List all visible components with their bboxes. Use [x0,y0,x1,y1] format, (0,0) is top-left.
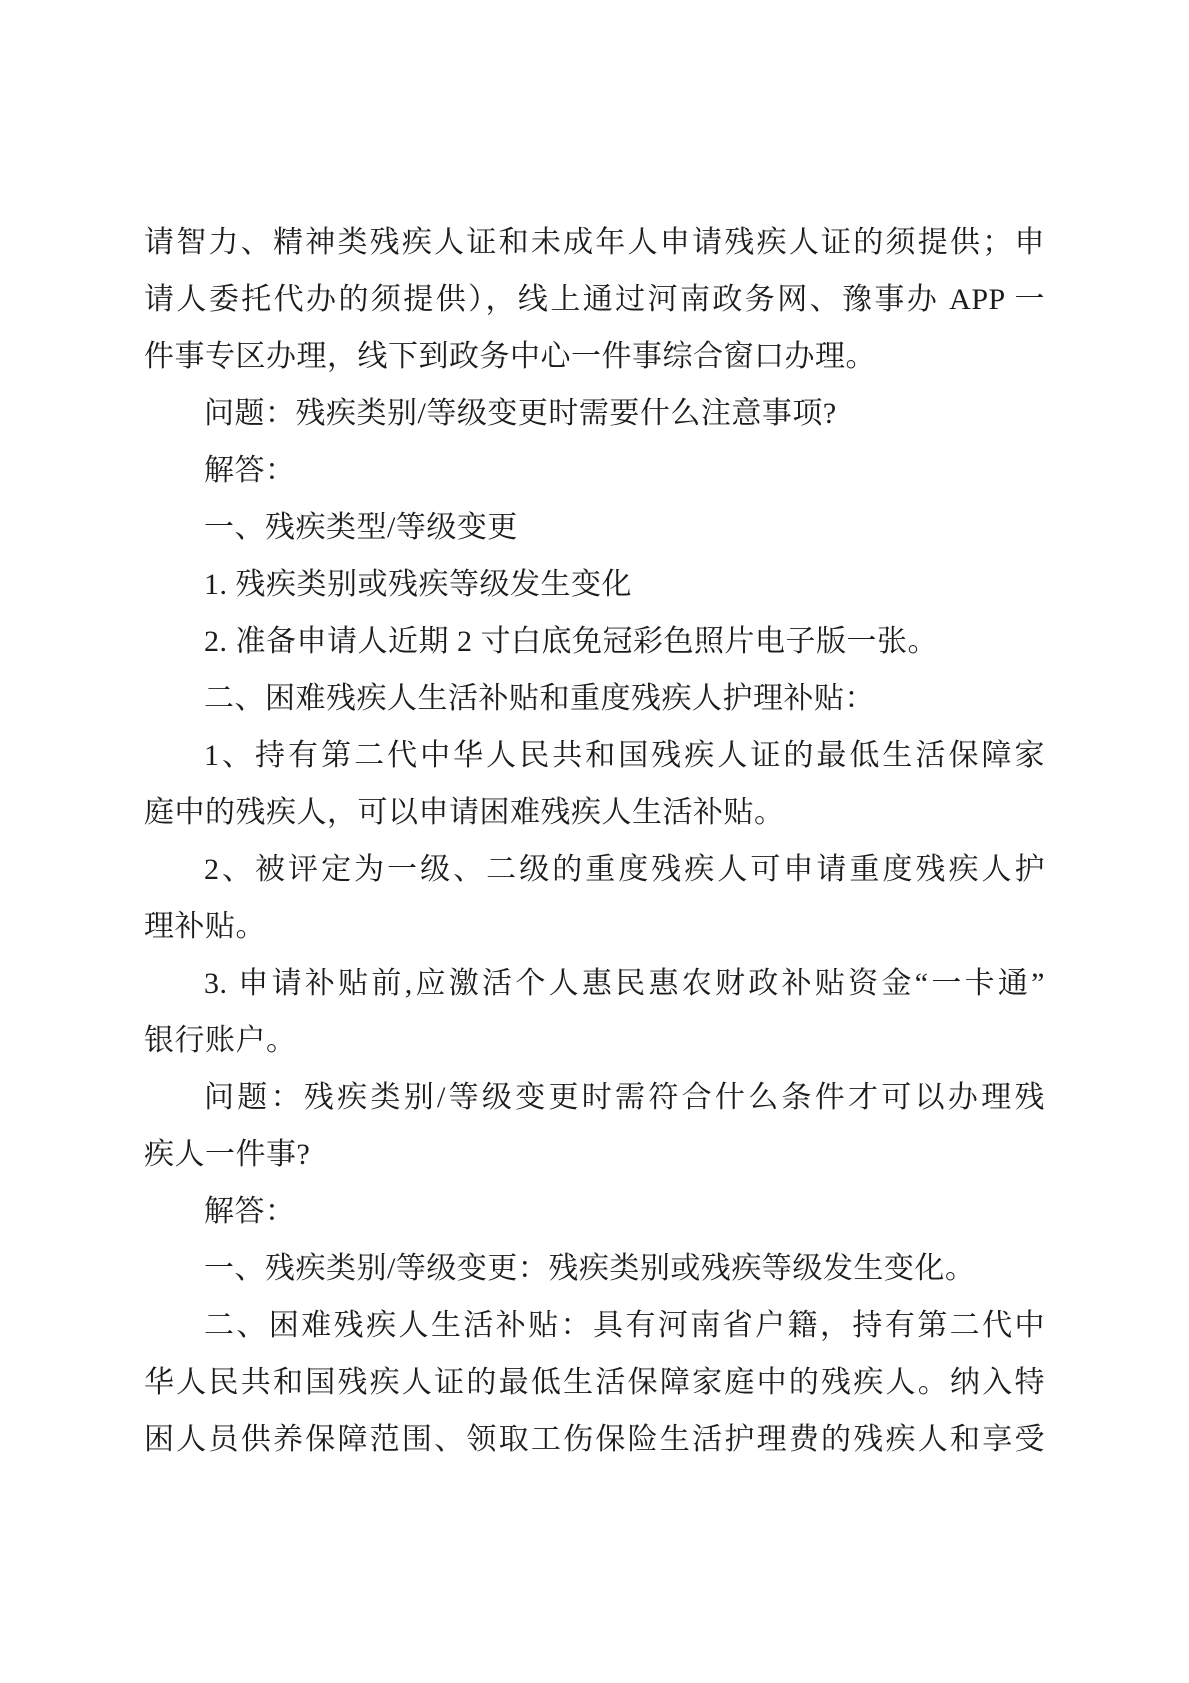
text-line: 疾人一件事? [144,1126,1045,1183]
document-page: 请智力、精神类残疾人证和未成年人申请残疾人证的须提供；申 请人委托代办的须提供）… [0,0,1189,1683]
text-line: 二、困难残疾人生活补贴：具有河南省户籍，持有第二代中 [144,1297,1045,1354]
text-line: 银行账户。 [144,1012,1045,1069]
text-line: 困人员供养保障范围、领取工伤保险生活护理费的残疾人和享受 [144,1411,1045,1468]
text-line: 2、被评定为一级、二级的重度残疾人可申请重度残疾人护 [144,841,1045,898]
text-line: 1、持有第二代中华人民共和国残疾人证的最低生活保障家 [144,727,1045,784]
text-line: 庭中的残疾人，可以申请困难残疾人生活补贴。 [144,784,1045,841]
text-line: 解答： [144,1183,1045,1240]
text-line: 二、困难残疾人生活补贴和重度残疾人护理补贴： [144,670,1045,727]
text-line: 2. 准备申请人近期 2 寸白底免冠彩色照片电子版一张。 [144,613,1045,670]
text-line: 理补贴。 [144,898,1045,955]
text-line: 问题：残疾类别/等级变更时需符合什么条件才可以办理残 [144,1069,1045,1126]
text-line: 华人民共和国残疾人证的最低生活保障家庭中的残疾人。纳入特 [144,1354,1045,1411]
document-text-block: 请智力、精神类残疾人证和未成年人申请残疾人证的须提供；申 请人委托代办的须提供）… [144,214,1045,1468]
text-line: 3. 申请补贴前,应激活个人惠民惠农财政补贴资金“一卡通” [144,955,1045,1012]
text-line: 件事专区办理，线下到政务中心一件事综合窗口办理。 [144,328,1045,385]
text-line: 请智力、精神类残疾人证和未成年人申请残疾人证的须提供；申 [144,214,1045,271]
text-line: 一、残疾类型/等级变更 [144,499,1045,556]
text-line: 1. 残疾类别或残疾等级发生变化 [144,556,1045,613]
text-line: 一、残疾类别/等级变更：残疾类别或残疾等级发生变化。 [144,1240,1045,1297]
text-line: 解答： [144,442,1045,499]
text-line: 请人委托代办的须提供），线上通过河南政务网、豫事办 APP 一 [144,271,1045,328]
text-line: 问题：残疾类别/等级变更时需要什么注意事项? [144,385,1045,442]
